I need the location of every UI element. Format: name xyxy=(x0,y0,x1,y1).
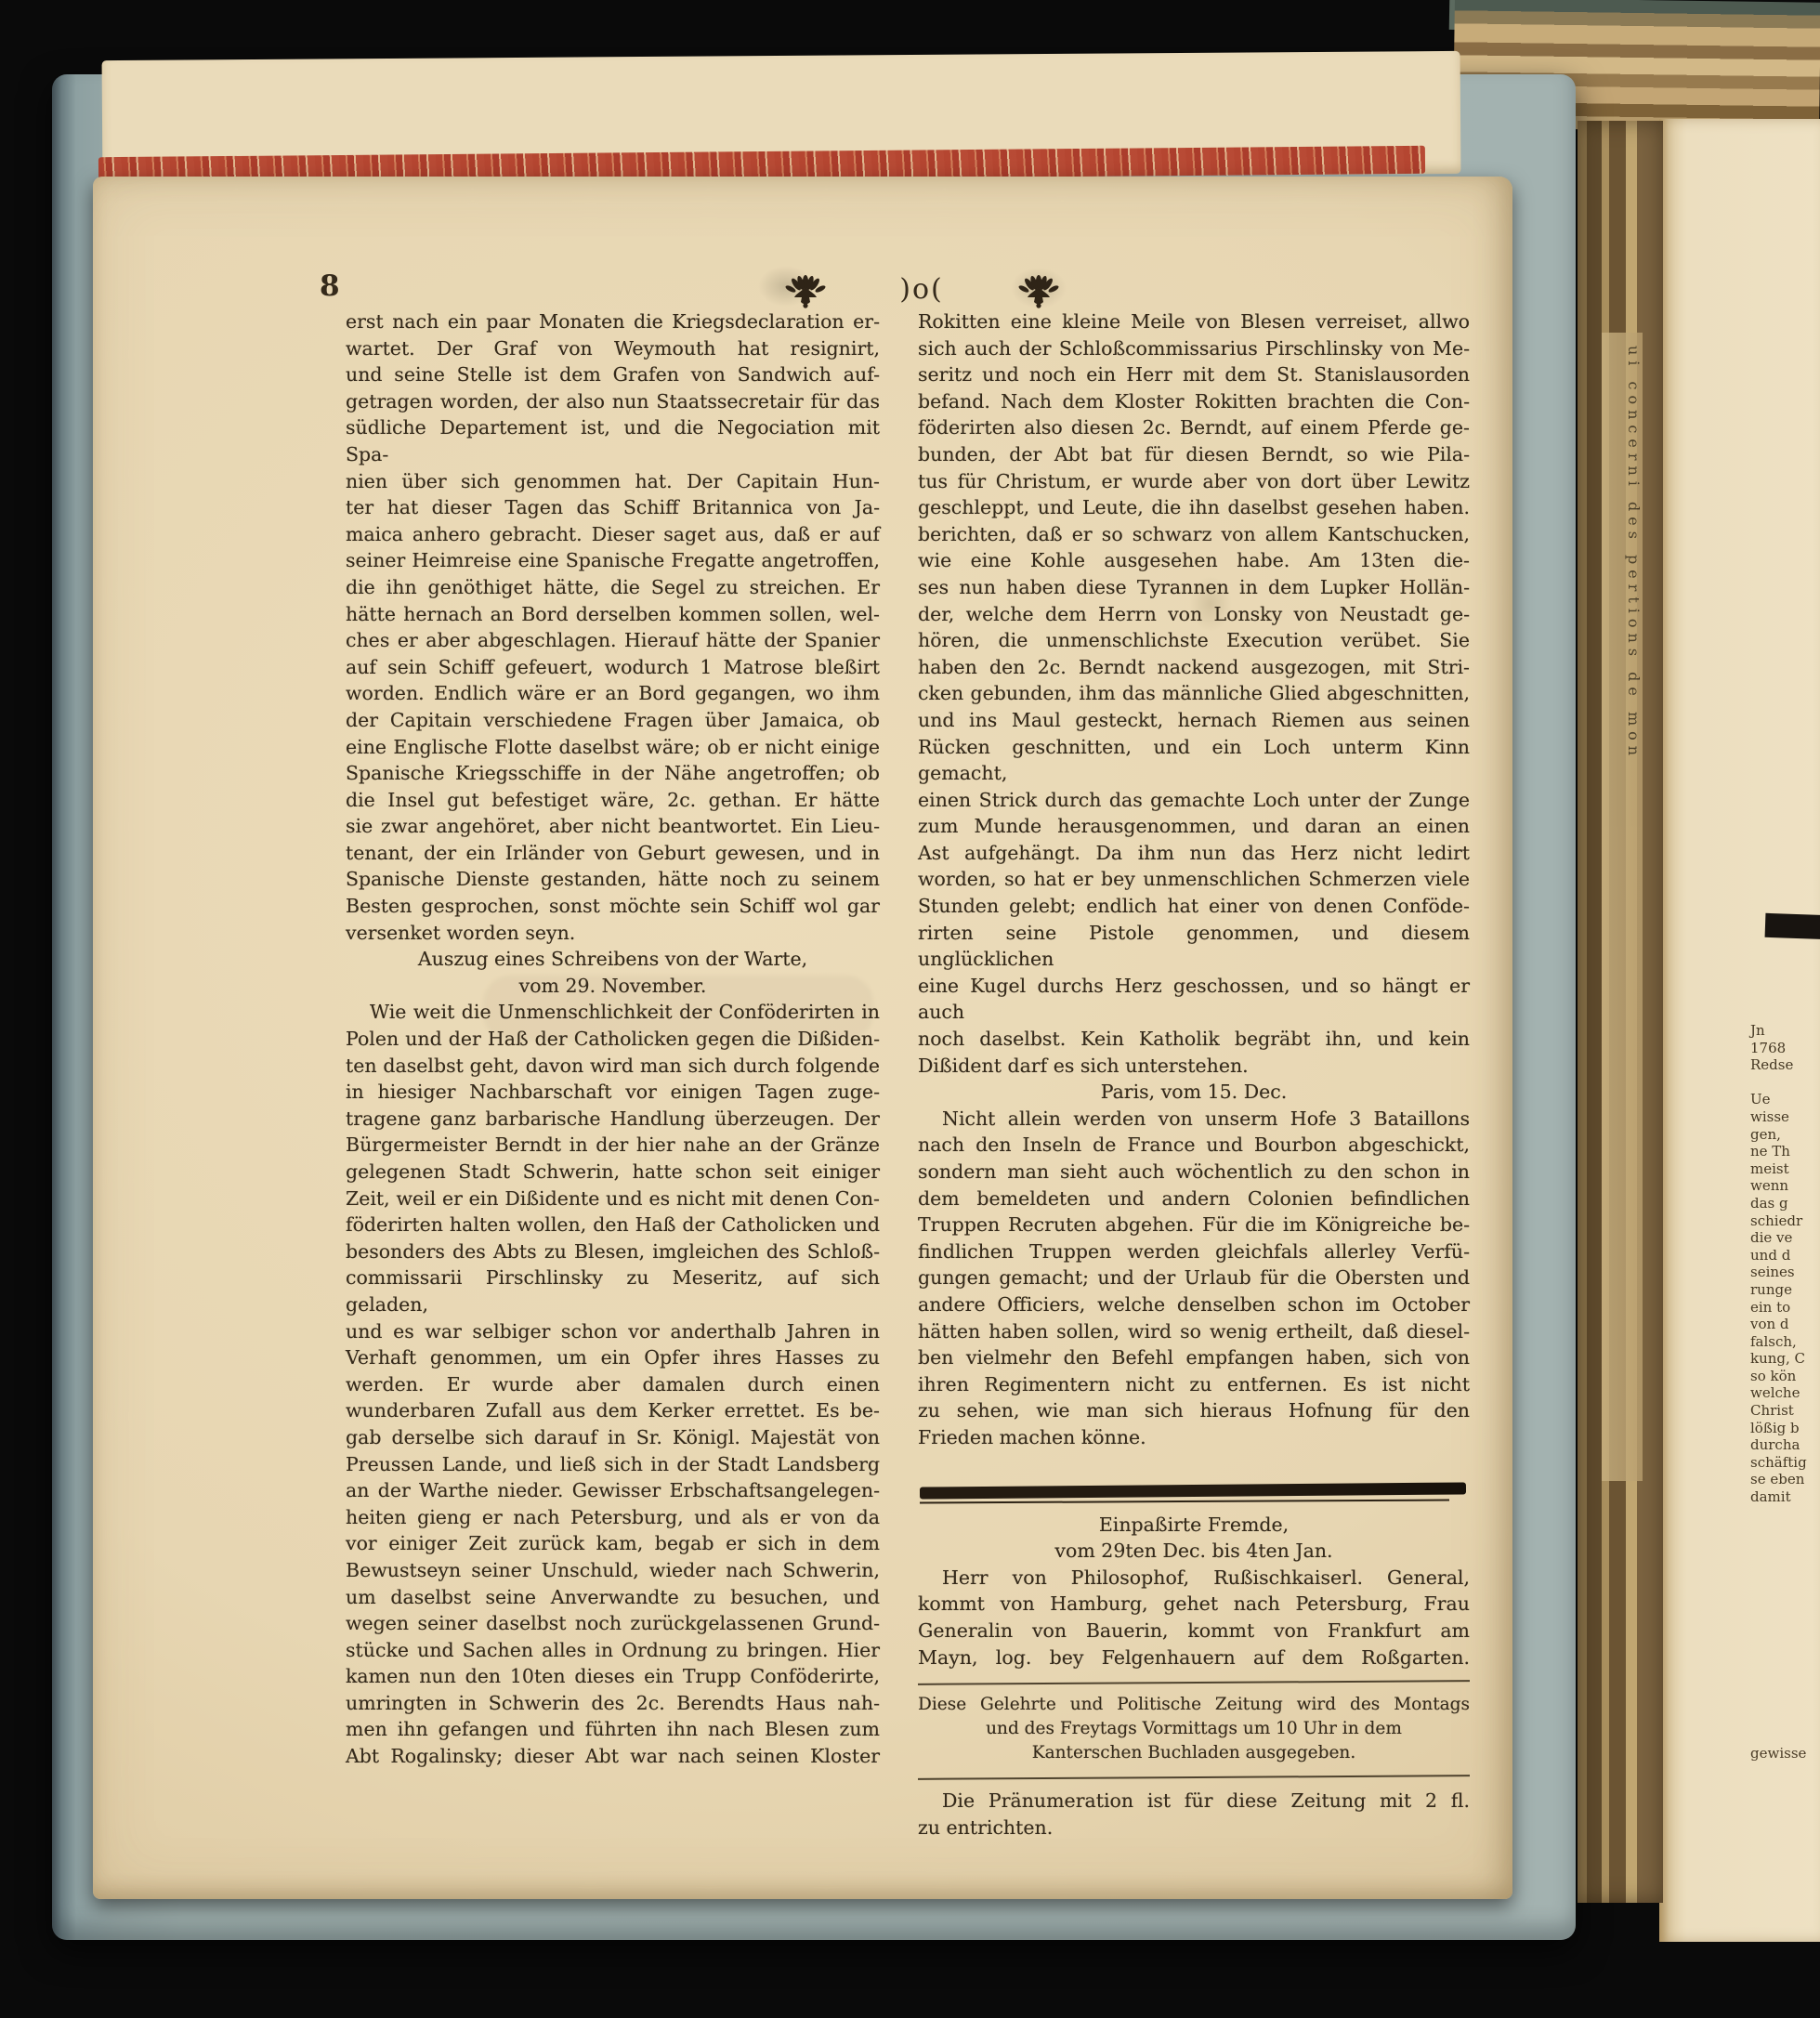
main-page: 8 )o( xyxy=(93,177,1512,1899)
next-page-rule-fragment xyxy=(1765,913,1820,939)
text-column-left: erst nach ein paar Monaten die Kriegsdec… xyxy=(346,308,880,1770)
photo-backdrop: Jn1768Redse Uewissegen,ne Thmeistwenndas… xyxy=(0,0,1820,2018)
header-divider-ornament: )o( xyxy=(888,273,955,306)
colophon: Diese Gelehrte und Politische Zeitung wi… xyxy=(918,1693,1470,1765)
page-number: 8 xyxy=(320,269,340,303)
pranumeration-note: Die Pränumeration ist für diese Zeitung … xyxy=(918,1788,1470,1841)
next-page-text-fragments: Jn1768Redse Uewissegen,ne Thmeistwenndas… xyxy=(1750,1022,1820,1506)
colophon-rule-top xyxy=(918,1680,1470,1685)
next-page-text-fragment: gewisse xyxy=(1750,1745,1806,1762)
arrivals-section: Einpaßirte Fremde,vom 29ten Dec. bis 4te… xyxy=(918,1512,1470,1671)
gutter-vertical-edge-text: ui concerni des pertions de mon xyxy=(1602,333,1643,1481)
thin-rule xyxy=(920,1499,1449,1503)
news-text: Rokitten eine kleine Meile von Blesen ve… xyxy=(918,308,1470,1451)
thick-rule xyxy=(920,1482,1466,1499)
text-column-right: Rokitten eine kleine Meile von Blesen ve… xyxy=(918,308,1470,1841)
shell-fleuron-right-icon xyxy=(1017,273,1060,310)
section-divider xyxy=(920,1485,1466,1502)
colophon-rule-bottom xyxy=(918,1775,1470,1780)
shell-fleuron-left-icon xyxy=(784,273,827,310)
shell-fleuron-left-icon xyxy=(784,273,827,310)
shell-fleuron-right-icon xyxy=(1017,273,1060,310)
next-page-edge: Jn1768Redse Uewissegen,ne Thmeistwenndas… xyxy=(1659,119,1820,1942)
